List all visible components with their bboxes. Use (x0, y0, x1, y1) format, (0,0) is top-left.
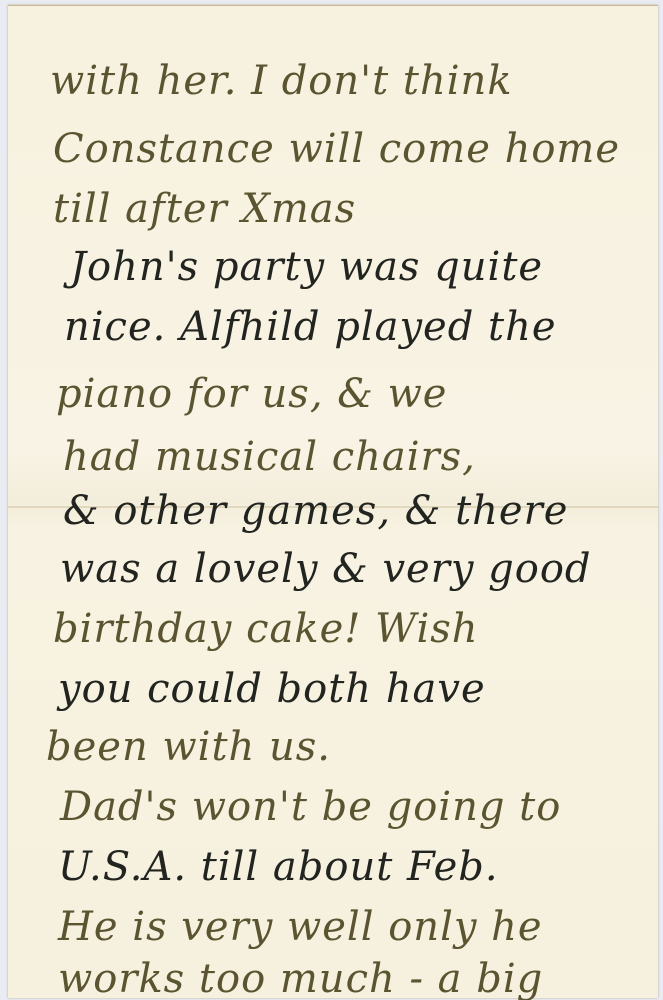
letter-line-3: till after Xmas (53, 186, 356, 232)
letter-page: with her. I don't think Constance will c… (8, 5, 658, 998)
letter-line-7: had musical chairs, (63, 434, 476, 480)
letter-line-1: with her. I don't think (50, 58, 513, 104)
letter-line-13: Dad's won't be going to (60, 784, 561, 830)
letter-line-2: Constance will come home (53, 126, 620, 172)
letter-line-5: nice. Alfhild played the (64, 304, 557, 350)
letter-line-11: you could both have (58, 666, 486, 712)
letter-line-8: & other games, & there (63, 488, 568, 534)
letter-line-9: was a lovely & very good (60, 546, 592, 592)
letter-line-14: U.S.A. till about Feb. (58, 844, 499, 890)
letter-line-12: been with us. (46, 724, 331, 770)
letter-line-16: works too much - a big (58, 956, 543, 1000)
letter-line-4: John's party was quite (70, 244, 543, 290)
letter-line-6: piano for us, & we (56, 371, 447, 417)
letter-line-10: birthday cake! Wish (53, 606, 479, 652)
letter-line-15: He is very well only he (58, 904, 543, 950)
